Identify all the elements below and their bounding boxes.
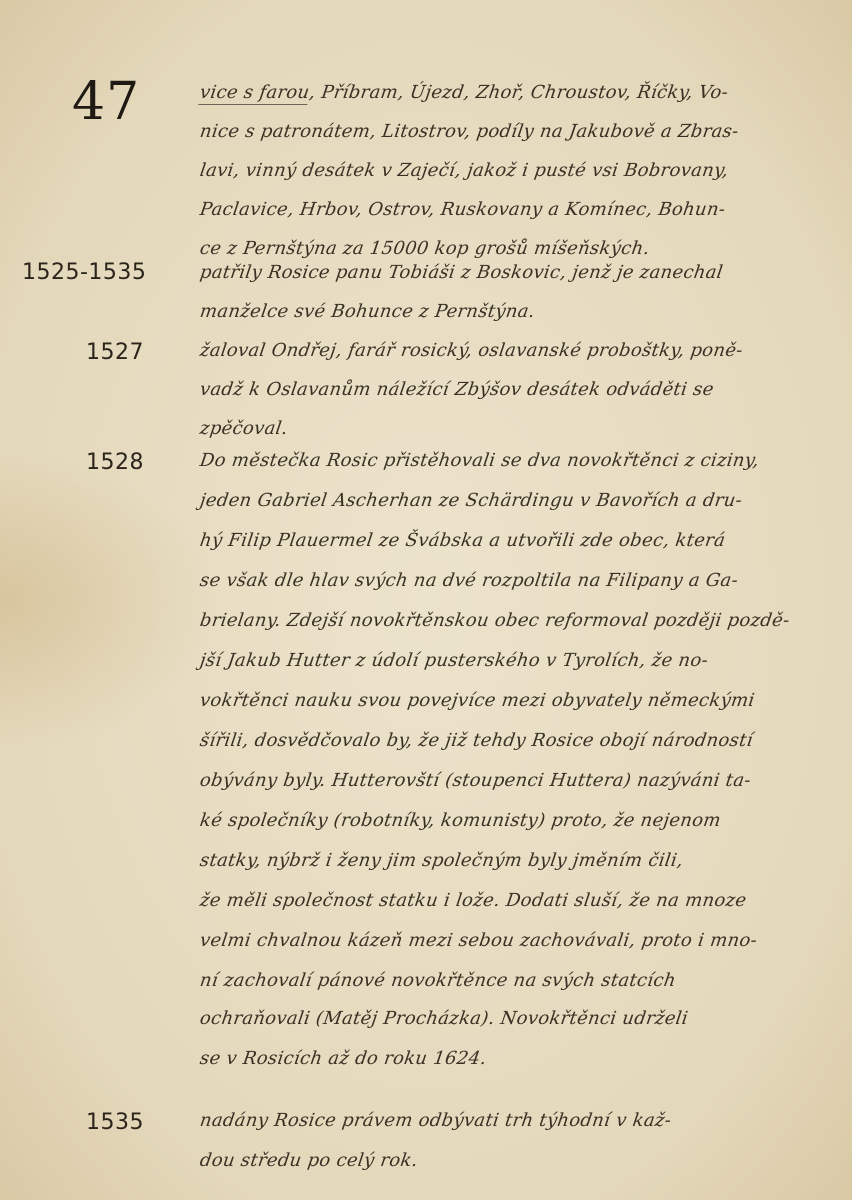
- underlined-phrase: vice s farou: [198, 82, 311, 105]
- manuscript-page: 47 vice s farou, Příbram, Újezd, Zhoř, C…: [0, 0, 852, 1200]
- text-line: manželce své Bohunce z Pernštýna.: [199, 303, 802, 321]
- text-line: ochraňovali (Matěj Procházka). Novokřtěn…: [199, 1010, 802, 1028]
- text-line: statky, nýbrž i ženy jim společným byly …: [199, 852, 802, 870]
- text-line: nice s patronátem, Litostrov, podíly na …: [199, 123, 802, 141]
- year-label: 1528: [86, 452, 144, 474]
- text-line: dou středu po celý rok.: [199, 1152, 802, 1170]
- year-label: 1525-1535: [22, 262, 146, 284]
- text-line: se však dle hlav svých na dvé rozpoltila…: [199, 572, 802, 590]
- text-line: vice s farou, Příbram, Újezd, Zhoř, Chro…: [199, 84, 802, 102]
- text-line: šířili, dosvědčovalo by, že již tehdy Ro…: [199, 732, 802, 750]
- page-number: 47: [72, 76, 140, 128]
- text-line: že měli společnost statku i lože. Dodati…: [199, 892, 802, 910]
- text-line: ce z Pernštýna za 15000 kop grošů míšeňs…: [199, 240, 802, 258]
- text-line: hý Filip Plauermel ze Švábska a utvořili…: [199, 532, 802, 550]
- text-line: vokřtěnci nauku svou povejvíce mezi obyv…: [199, 692, 802, 710]
- text-line: jeden Gabriel Ascherhan ze Schärdingu v …: [199, 492, 802, 510]
- text-line-rest: , Příbram, Újezd, Zhoř, Chroustov, Říčky…: [308, 82, 730, 103]
- text-line: ké společníky (robotníky, komunisty) pro…: [199, 812, 802, 830]
- year-label: 1527: [86, 342, 144, 364]
- text-line: brielany. Zdejší novokřtěnskou obec refo…: [199, 612, 802, 630]
- text-line: velmi chvalnou kázeň mezi sebou zachováv…: [199, 932, 802, 950]
- text-line: žaloval Ondřej, farář rosický, oslavansk…: [199, 342, 802, 360]
- text-line: zpěčoval.: [199, 420, 802, 438]
- text-line: patřily Rosice panu Tobiáši z Boskovic, …: [199, 264, 802, 282]
- text-line: lavi, vinný desátek v Zaječí, jakož i pu…: [199, 162, 802, 180]
- text-line: obývány byly. Hutterovští (stoupenci Hut…: [199, 772, 802, 790]
- text-line: nadány Rosice právem odbývati trh týhodn…: [199, 1112, 802, 1130]
- text-line: Do městečka Rosic přistěhovali se dva no…: [199, 452, 802, 470]
- text-line: Paclavice, Hrbov, Ostrov, Ruskovany a Ko…: [199, 201, 802, 219]
- text-line: vadž k Oslavanům náležící Zbýšov desátek…: [199, 381, 802, 399]
- text-line: jší Jakub Hutter z údolí pusterského v T…: [199, 652, 802, 670]
- year-label: 1535: [86, 1112, 144, 1134]
- text-line: se v Rosicích až do roku 1624.: [199, 1050, 802, 1068]
- text-line: ní zachovalí pánové novokřtěnce na svých…: [199, 972, 802, 990]
